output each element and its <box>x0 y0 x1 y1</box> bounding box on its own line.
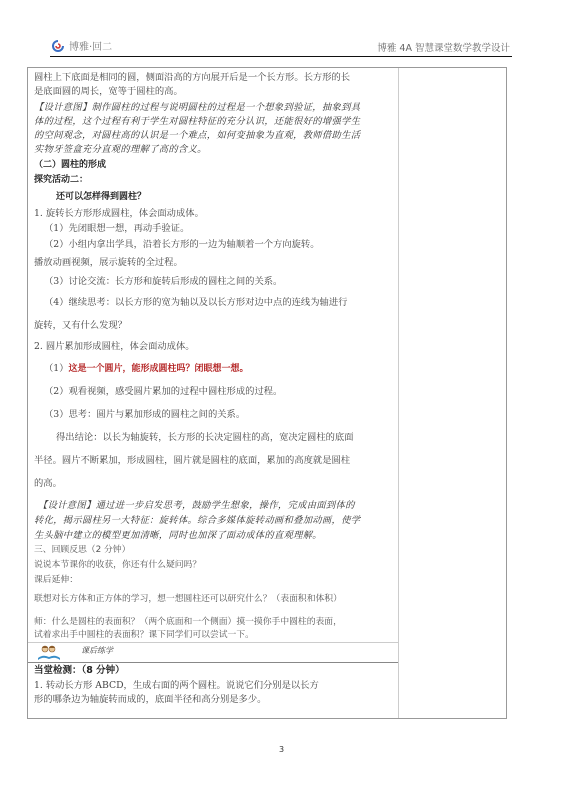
text-line: 课后延伸： <box>34 574 78 587</box>
design-intent-line: 【设计意图】制作圆柱的过程与说明圆柱的过程是一个想象到验证，抽象到具 <box>34 101 360 114</box>
highlighted-question: 这是一个圆片，能形成圆柱吗？闭眼想一想。 <box>69 364 249 374</box>
column-divider <box>398 68 399 718</box>
practice-label: 课后练学 <box>81 645 113 656</box>
text-line: 圆柱上下底面是相同的圆，侧面沿高的方向展开后是一个长方形。长方形的长 <box>34 71 350 84</box>
conclusion-line: 的高。 <box>34 477 62 490</box>
test-title: 当堂检测：（8 分钟） <box>34 664 125 677</box>
question-line: 1. 转动长方形 ABCD，生成右面的两个圆柱。说说它们分别是以长方 <box>34 679 319 692</box>
list-item: （2）观看视频，感受圆片累加的过程中圆柱形成的过程。 <box>44 385 282 398</box>
document-title: 博雅 4A 智慧课堂数学教学设计 <box>377 40 510 54</box>
section-title: （二）圆柱的形成 <box>34 159 106 172</box>
list-item: （3）思考：圆片与累加形成的圆柱之间的关系。 <box>44 408 245 421</box>
list-item: 旋转，又有什么发现？ <box>34 319 127 332</box>
list-item: （3）讨论交流：长方形和旋转后形成的圆柱之间的关系。 <box>44 275 282 288</box>
row-divider <box>28 662 398 663</box>
text-line: 是底面圆的周长，宽等于圆柱的高。 <box>34 85 183 98</box>
section-title: 三、回顾反思（2 分钟） <box>34 544 130 557</box>
text-line: 试着求出手中圆柱的表面积？课下同学们可以尝试一下。 <box>34 629 254 642</box>
logo-text: 博雅·回二 <box>69 38 112 53</box>
question-line: 形的哪条边为轴旋转而成的，底面半径和高分别是多少。 <box>34 693 266 706</box>
activity-question: 还可以怎样得到圆柱？ <box>56 191 146 204</box>
practice-section-header: 课后练学 <box>28 642 398 662</box>
design-intent-line: 生头脑中建立的模型更加清晰，同时也加深了面动成体的直观理解。 <box>34 529 322 542</box>
list-item: （1）先闭眼想一想，再动手验证。 <box>44 222 189 235</box>
page-header: 博雅·回二 博雅 4A 智慧课堂数学教学设计 <box>50 36 512 57</box>
activity-title: 探究活动二： <box>34 174 88 187</box>
list-item: （4）继续思考：以长方形的宽为轴以及以长方形对边中点的连线为轴进行 <box>44 296 347 309</box>
page-number: 3 <box>279 745 284 754</box>
text-line: 师：什么是圆柱的表面积？（两个底面和一个侧面）摸一摸你手中圆柱的表面， <box>34 616 342 629</box>
list-item: 1. 旋转长方形形成圆柱，体会面动成体。 <box>34 207 204 220</box>
design-intent-line: 体的过程，这个过程有利于学生对圆柱特征的充分认识，还能很好的增强学生 <box>34 115 360 128</box>
design-intent-line: 【设计意图】通过进一步启发思考，鼓励学生想象，操作，完成由面到体的 <box>38 499 355 512</box>
logo: 博雅·回二 <box>52 38 112 53</box>
reading-children-icon <box>36 644 62 662</box>
logo-icon <box>52 40 64 52</box>
text-line: 说说本节课你的收获，你还有什么疑问吗？ <box>34 559 201 572</box>
conclusion-line: 得出结论：以长为轴旋转，长方形的长决定圆柱的高，宽决定圆柱的底面 <box>56 431 354 444</box>
design-intent-line: 的空间观念，对圆柱高的认识是一个难点，如何变抽象为直观，教师借助生活 <box>34 129 360 142</box>
item-prefix: （1） <box>44 363 69 374</box>
design-intent-line: 实物牙签盒充分直观的理解了高的含义。 <box>34 143 207 156</box>
list-item: （1）这是一个圆片，能形成圆柱吗？闭眼想一想。 <box>44 362 249 376</box>
list-item: 2. 圆片累加形成圆柱，体会面动成体。 <box>34 340 195 353</box>
conclusion-line: 半径。圆片不断累加，形成圆柱，圆片就是圆柱的底面，累加的高度就是圆柱 <box>34 454 350 467</box>
text-line: 联想对长方体和正方体的学习，想一想圆柱还可以研究什么？（表面积和体积） <box>34 593 342 606</box>
lesson-table: 圆柱上下底面是相同的圆，侧面沿高的方向展开后是一个长方形。长方形的长 是底面圆的… <box>27 67 507 719</box>
text-line: 播放动画视频，展示旋转的全过程。 <box>34 256 183 269</box>
list-item: （2）小组内拿出学具，沿着长方形的一边为轴顺着一个方向旋转。 <box>44 238 320 251</box>
design-intent-line: 转化，揭示圆柱另一大特征：旋转体。综合多媒体旋转动画和叠加动画，使学 <box>34 514 360 527</box>
